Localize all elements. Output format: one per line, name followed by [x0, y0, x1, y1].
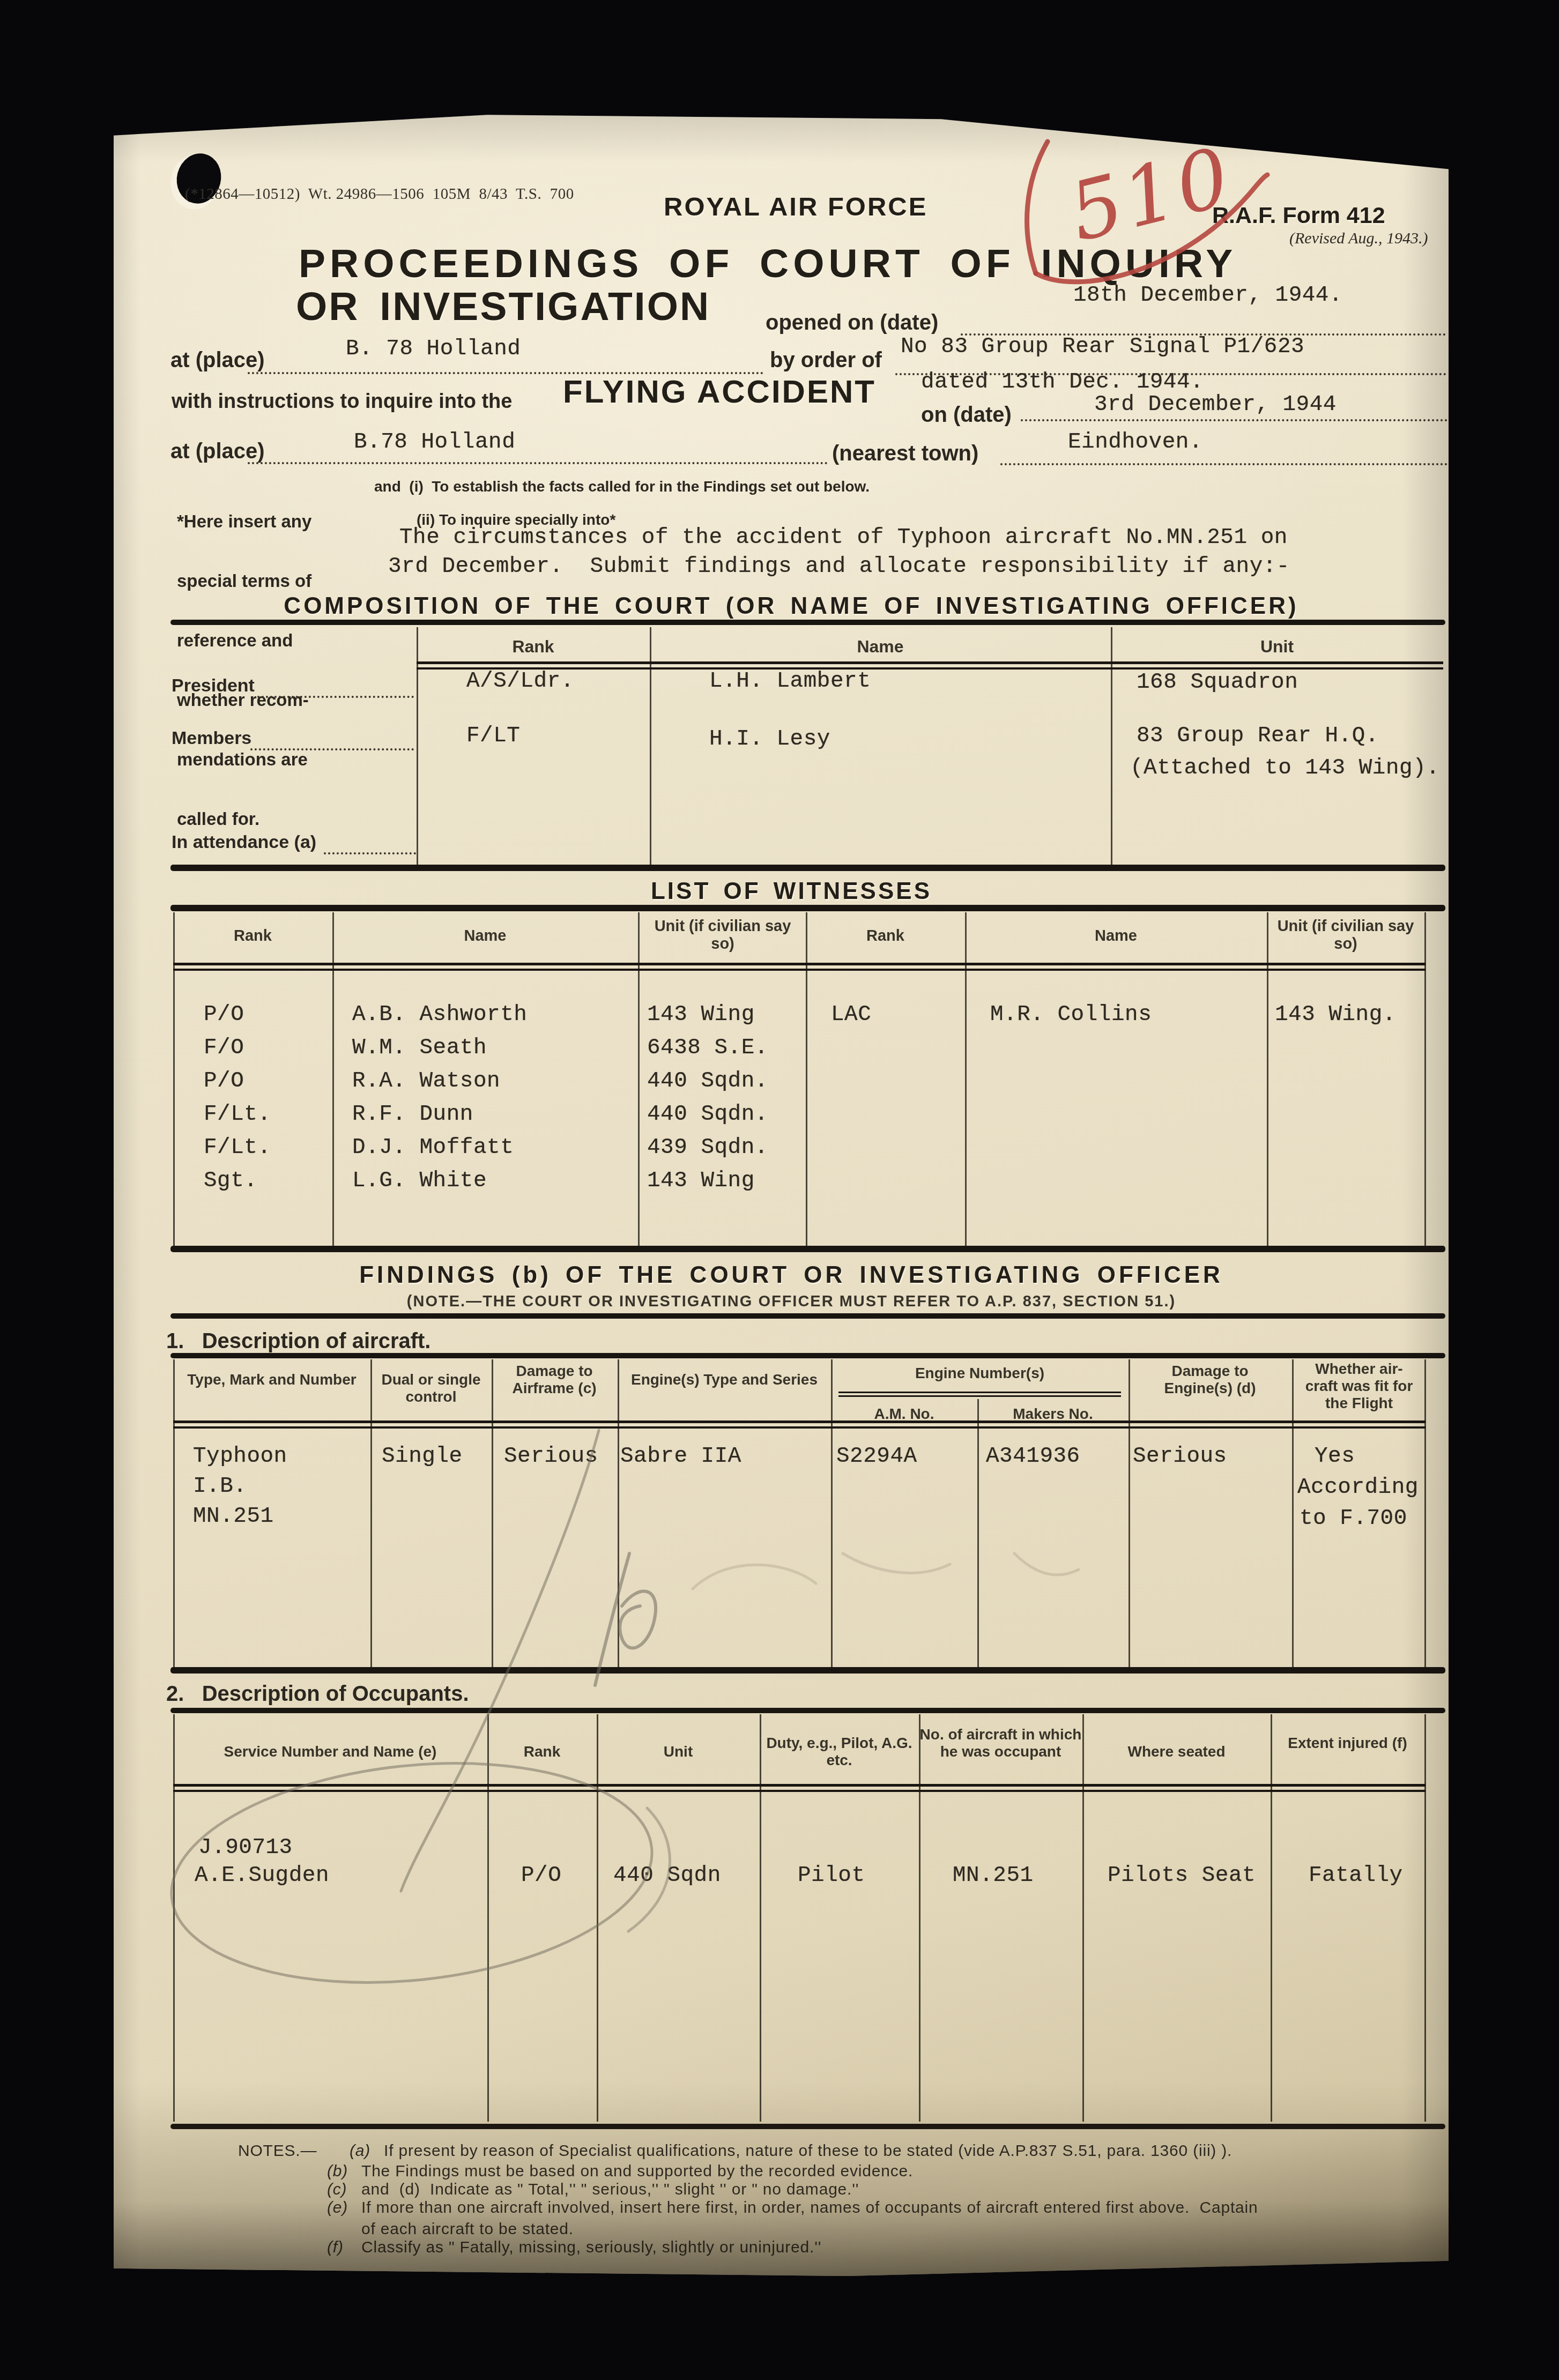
table-vline — [919, 1714, 920, 2122]
dotted-fill-line — [1021, 419, 1447, 421]
note-text: If more than one aircraft involved, inse… — [361, 2199, 1258, 2217]
aircraft-control: Single — [382, 1444, 463, 1469]
note-key: (f) — [327, 2238, 344, 2257]
aircraft-damage-airframe: Serious — [504, 1444, 598, 1469]
findings-note: (NOTE.—THE COURT OR INVESTIGATING OFFICE… — [148, 1293, 1435, 1311]
instructions-label: with instructions to inquire into the — [172, 390, 512, 413]
witness-name: L.G. White — [352, 1169, 487, 1193]
service-title: ROYAL AIR FORCE — [664, 192, 927, 222]
occupant-name: A.E.Sugden — [195, 1863, 329, 1888]
aircraft-col-type: Type, Mark and Number — [173, 1371, 370, 1388]
witness-rank: LAC — [831, 1002, 871, 1027]
aircraft-engine-type: Sabre IIA — [620, 1444, 741, 1469]
thick-rule — [170, 905, 1445, 911]
double-rule — [173, 963, 1426, 971]
members-unit-line1: 83 Group Rear H.Q. — [1137, 724, 1379, 748]
witness-unit: 143 Wing. — [1275, 1002, 1396, 1027]
handwritten-annotations: 510 — [114, 106, 1449, 2277]
margin-note-line: *Here insert any — [177, 511, 311, 531]
witness-unit: 6438 S.E. — [647, 1036, 768, 1060]
note-text: If present by reason of Specialist quali… — [384, 2142, 1232, 2160]
note-key: (a) — [350, 2142, 370, 2160]
witness-name: M.R. Collins — [990, 1002, 1152, 1027]
occupant-service-number: J.90713 — [198, 1835, 293, 1860]
composition-col-unit: Unit — [1111, 637, 1443, 657]
aircraft-col-engine-numbers: Engine Number(s) — [831, 1365, 1129, 1382]
on-date-value: 3rd December, 1944 — [1094, 392, 1337, 417]
margin-note: *Here insert any special terms of refere… — [177, 472, 311, 868]
witness-rank: P/O — [204, 1069, 244, 1094]
double-rule — [173, 1420, 1426, 1429]
witnesses-heading: LIST OF WITNESSES — [148, 878, 1435, 905]
note-key: (e) — [327, 2199, 348, 2217]
occupant-aircraft-no: MN.251 — [953, 1863, 1034, 1888]
note-text-continued: of each aircraft to be stated. — [361, 2220, 574, 2238]
table-vline — [1424, 1714, 1426, 2122]
table-vline — [1129, 1359, 1130, 1667]
at-place2-label: at (place) — [170, 440, 265, 464]
composition-col-name: Name — [650, 637, 1111, 657]
thick-rule — [170, 620, 1445, 625]
witness-rank: Sgt. — [204, 1169, 257, 1193]
main-title-line2: OR INVESTIGATION — [296, 283, 710, 329]
witness-col-name-left: Name — [332, 927, 638, 945]
occupant-seated: Pilots Seat — [1108, 1863, 1256, 1888]
table-vline — [173, 1359, 175, 1667]
note-text: The Findings must be based on and suppor… — [361, 2162, 913, 2181]
thick-rule — [170, 865, 1445, 871]
witness-name: A.B. Ashworth — [352, 1002, 527, 1027]
president-rank: A/S/Ldr. — [466, 669, 574, 694]
witness-col-unit-right: Unit (if civilian say so) — [1273, 918, 1419, 953]
remit-line2: 3rd December. Submit findings and alloca… — [388, 554, 1290, 579]
members-rank: F/LT — [466, 724, 520, 748]
thick-rule — [170, 2124, 1445, 2129]
witness-unit: 439 Sqdn. — [647, 1135, 768, 1160]
form-number: R.A.F. Form 412 — [1212, 203, 1385, 229]
table-vline — [977, 1399, 979, 1667]
form-print-code: (*12864—10512) Wt. 24986—1506 105M 8/43 … — [185, 185, 574, 203]
pencil-scrawl — [693, 1553, 1079, 1589]
occupants-col-aircraft-no: No. of aircraft in which he was occupant — [919, 1726, 1082, 1760]
occupant-duty: Pilot — [798, 1863, 865, 1888]
president-label: President — [172, 675, 255, 696]
aircraft-fit-line1: Yes — [1315, 1444, 1355, 1469]
main-title-line1: PROCEEDINGS OF COURT OF INQUIRY — [299, 240, 1237, 286]
table-vline — [370, 1359, 372, 1667]
margin-note-line: called for. — [177, 809, 311, 829]
section2-title: 2. Description of Occupants. — [166, 1682, 469, 1706]
table-vline — [492, 1359, 493, 1667]
note-text: Classify as " Fatally, missing, seriousl… — [361, 2238, 821, 2257]
thick-rule — [170, 1353, 1445, 1358]
thick-rule — [170, 1246, 1445, 1252]
table-vline — [173, 1714, 175, 2122]
witness-col-name-right: Name — [965, 927, 1267, 945]
witness-col-rank-right: Rank — [806, 927, 965, 945]
opened-on-label: opened on (date) — [766, 311, 938, 335]
occupant-rank: P/O — [521, 1863, 561, 1888]
notes-label: NOTES.— — [238, 2142, 317, 2160]
section1-title: 1. Description of aircraft. — [166, 1329, 430, 1353]
dotted-leader — [250, 748, 414, 750]
occupants-col-seated: Where seated — [1082, 1743, 1271, 1760]
aircraft-makers-no: A341936 — [986, 1444, 1080, 1469]
revision-note: (Revised Aug., 1943.) — [1289, 229, 1428, 248]
president-name: L.H. Lambert — [709, 669, 871, 694]
witness-rank: P/O — [204, 1002, 244, 1027]
members-unit-line2: (Attached to 143 Wing). — [1130, 756, 1439, 780]
nearest-town-value: Eindhoven. — [1068, 430, 1202, 455]
accident-type: FLYING ACCIDENT — [563, 373, 876, 410]
double-rule — [173, 1784, 1426, 1792]
table-vline — [760, 1714, 761, 2122]
occupants-col-injured: Extent injured (f) — [1271, 1735, 1424, 1752]
aircraft-type-line1: Typhoon — [193, 1444, 287, 1469]
margin-note-line: special terms of — [177, 571, 311, 591]
witness-unit: 143 Wing — [647, 1002, 755, 1027]
table-vline — [1424, 1359, 1426, 1667]
witness-name: W.M. Seath — [352, 1036, 487, 1060]
note-key: (b) — [327, 2162, 348, 2181]
aircraft-type-line3: MN.251 — [193, 1504, 274, 1529]
occupants-col-unit: Unit — [597, 1743, 760, 1760]
aircraft-type-line2: I.B. — [193, 1474, 247, 1499]
dotted-leader — [324, 852, 416, 854]
composition-col-rank: Rank — [417, 637, 650, 657]
double-rule — [838, 1392, 1121, 1397]
witness-col-rank-left: Rank — [173, 927, 332, 945]
witness-name: D.J. Moffatt — [352, 1135, 514, 1160]
table-vline — [618, 1359, 619, 1667]
occupant-unit: 440 Sqdn — [613, 1863, 721, 1888]
double-rule — [417, 661, 1443, 670]
witness-name: R.A. Watson — [352, 1069, 500, 1094]
table-vline — [1082, 1714, 1084, 2122]
note-text: and (d) Indicate as " Total,'' " serious… — [361, 2181, 859, 2199]
thick-rule — [170, 1708, 1445, 1713]
nearest-town-label: (nearest town) — [832, 442, 978, 466]
aircraft-damage-engine: Serious — [1133, 1444, 1227, 1469]
table-vline — [1292, 1359, 1294, 1667]
margin-note-line: mendations are — [177, 749, 311, 769]
aircraft-fit-line2: According — [1297, 1475, 1419, 1500]
occupants-col-service: Service Number and Name (e) — [173, 1743, 487, 1760]
witness-unit: 440 Sqdn. — [647, 1102, 768, 1127]
pencil-scrawl — [620, 1591, 656, 1648]
president-unit: 168 Squadron — [1137, 670, 1298, 695]
remit-line1: The circumstances of the accident of Typ… — [399, 525, 1288, 550]
findings-heading: FINDINGS (b) OF THE COURT OR INVESTIGATI… — [148, 1262, 1435, 1289]
aircraft-col-damage-engine: Damage to Engine(s) (d) — [1159, 1363, 1261, 1397]
occupant-injured: Fatally — [1309, 1863, 1403, 1888]
at-place-label: at (place) — [170, 348, 265, 373]
in-attendance-label: In attendance (a) — [172, 832, 316, 853]
thick-rule — [170, 1313, 1445, 1319]
paper-shading — [114, 106, 1449, 2277]
occupants-col-duty: Duty, e.g., Pilot, A.G. etc. — [760, 1735, 919, 1769]
witness-rank: F/Lt. — [204, 1102, 271, 1127]
witness-unit: 143 Wing — [647, 1169, 755, 1193]
dotted-fill-line — [248, 462, 828, 464]
aircraft-col-control: Dual or single control — [370, 1371, 492, 1405]
composition-heading: COMPOSITION OF THE COURT (OR NAME OF INV… — [148, 593, 1435, 620]
margin-note-line: reference and — [177, 630, 311, 650]
aircraft-fit-line3: to F.700 — [1300, 1506, 1407, 1531]
table-vline — [487, 1714, 489, 2122]
by-order-value: No 83 Group Rear Signal P1/623 — [901, 334, 1304, 359]
aircraft-col-fit: Whether air-craft was fit for the Flight — [1302, 1360, 1416, 1412]
members-label: Members — [172, 728, 251, 749]
aircraft-col-damage-airframe: Damage to Airframe (c) — [503, 1363, 605, 1397]
opened-on-value: 18th December, 1944. — [1073, 283, 1342, 308]
at-place-value: B. 78 Holland — [346, 337, 521, 361]
members-name: H.I. Lesy — [709, 727, 830, 752]
aircraft-col-engine-type: Engine(s) Type and Series — [618, 1371, 831, 1388]
occupants-col-rank: Rank — [487, 1743, 597, 1760]
witness-unit: 440 Sqdn. — [647, 1069, 768, 1094]
on-date-label: on (date) — [921, 403, 1012, 427]
thick-rule — [170, 1667, 1445, 1674]
dotted-leader — [257, 696, 414, 698]
witness-rank: F/O — [204, 1036, 244, 1060]
pencil-scrawl — [595, 1553, 629, 1685]
pencil-scrawl — [401, 1430, 599, 1891]
witness-rank: F/Lt. — [204, 1135, 271, 1160]
scanned-form-page: (*12864—10512) Wt. 24986—1506 105M 8/43 … — [114, 106, 1449, 2277]
by-order-label: by order of — [770, 348, 882, 373]
table-vline — [1271, 1714, 1272, 2122]
witness-name: R.F. Dunn — [352, 1102, 473, 1127]
aircraft-am-no: S2294A — [836, 1444, 917, 1469]
note-key: (c) — [327, 2181, 347, 2199]
at-place2-value: B.78 Holland — [354, 430, 515, 455]
terms-item-i: and (i) To establish the facts called fo… — [374, 478, 870, 495]
table-vline — [597, 1714, 598, 2122]
witness-col-unit-left: Unit (if civilian say so) — [650, 918, 796, 953]
order-dated-value: dated 13th Dec. 1944. — [921, 370, 1204, 395]
dotted-fill-line — [1000, 463, 1447, 465]
